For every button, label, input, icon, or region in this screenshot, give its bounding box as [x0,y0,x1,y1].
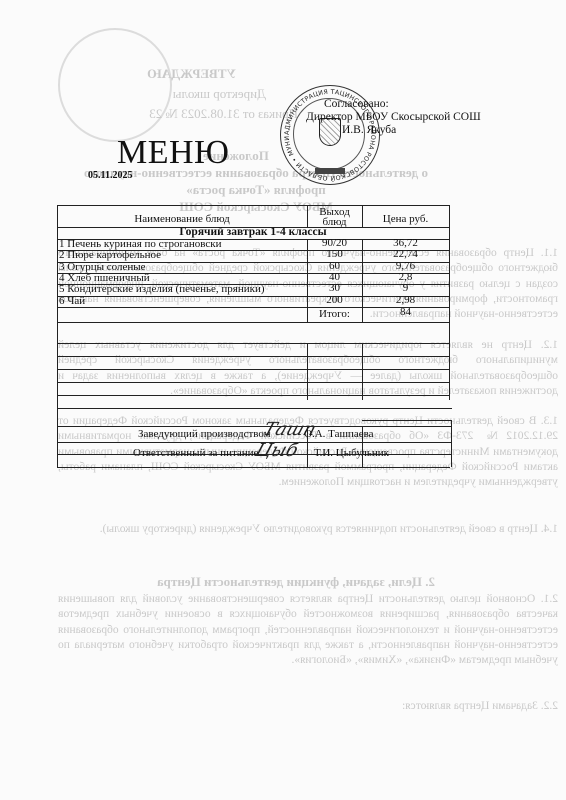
production-manager-role: Заведующий производством [138,428,271,440]
dish-price: 22,74 [362,248,449,260]
nutrition-officer-name: Т.И. Цыбульник [314,447,389,459]
dish-price: 2,98 [362,294,449,306]
bleed-heading5: 2. Цели, задачи, функции деятельности Це… [86,574,506,589]
dish-name: 5 Кондитерские изделия (печенье, пряники… [59,283,265,295]
approval-name: И.В. Якуба [300,124,481,137]
table-rule [57,395,450,396]
approval-block: Согласовано: Директор МБОУ Скосырской СО… [300,98,481,137]
total-label: Итого: [307,308,362,320]
table-rule [451,420,452,467]
table-rule [307,343,308,400]
table-rule [57,408,452,409]
stamp-plate [315,168,345,174]
table-rule [57,356,450,357]
total-value: 84 [362,306,449,318]
table-rule [57,322,450,323]
column-header-name: Наименование блюд [57,213,307,225]
bleed-paragraph-4: 1.4. Центр в своей деятельности подчиняе… [58,522,558,537]
approval-label: Согласовано: [300,98,481,111]
table-rule [57,382,450,383]
nutrition-officer-signature: Цыб [253,440,301,461]
bleed-stamp-ghost [58,28,172,142]
page-title: МЕНЮ [117,134,230,172]
dish-output: 200 [307,294,362,306]
table-rule [57,442,452,443]
column-header-price: Цена руб. [362,213,449,225]
bleed-order: Приказ от 31.08.2023 № 23 [58,106,298,121]
menu-date: 05.11.2025 [88,170,132,181]
bleed-paragraph-6: 2.2. Задачами Центра являются: [58,699,558,714]
dish-output: 30 [307,282,362,294]
bleed-director: Директор школы [66,86,266,101]
production-manager-name: О.А. Ташпаева [304,428,374,440]
table-rule [57,426,452,427]
bleed-paragraph-5: 2.1. Основной целью деятельности Центра … [58,592,558,668]
nutrition-officer-role: Ответственный за питание [133,447,258,459]
dish-output: 150 [307,248,362,260]
bleed-heading3: профиля «Точка роста» [126,182,386,197]
table-rule [57,205,58,468]
table-rule [57,343,450,344]
table-rule [362,343,363,400]
bleed-approved: УТВЕРЖДАЮ [106,66,236,81]
dish-name: 6 Чай [59,295,85,307]
table-rule [362,420,452,421]
approval-position: Директор МБОУ Скосырской СОШ [300,111,481,124]
dish-name: 2 Пюре картофельное [59,249,161,261]
table-rule [57,467,450,468]
table-rule [449,205,450,400]
table-rule [57,369,450,370]
table-rule [57,205,450,206]
dish-price: 9 [362,282,449,294]
